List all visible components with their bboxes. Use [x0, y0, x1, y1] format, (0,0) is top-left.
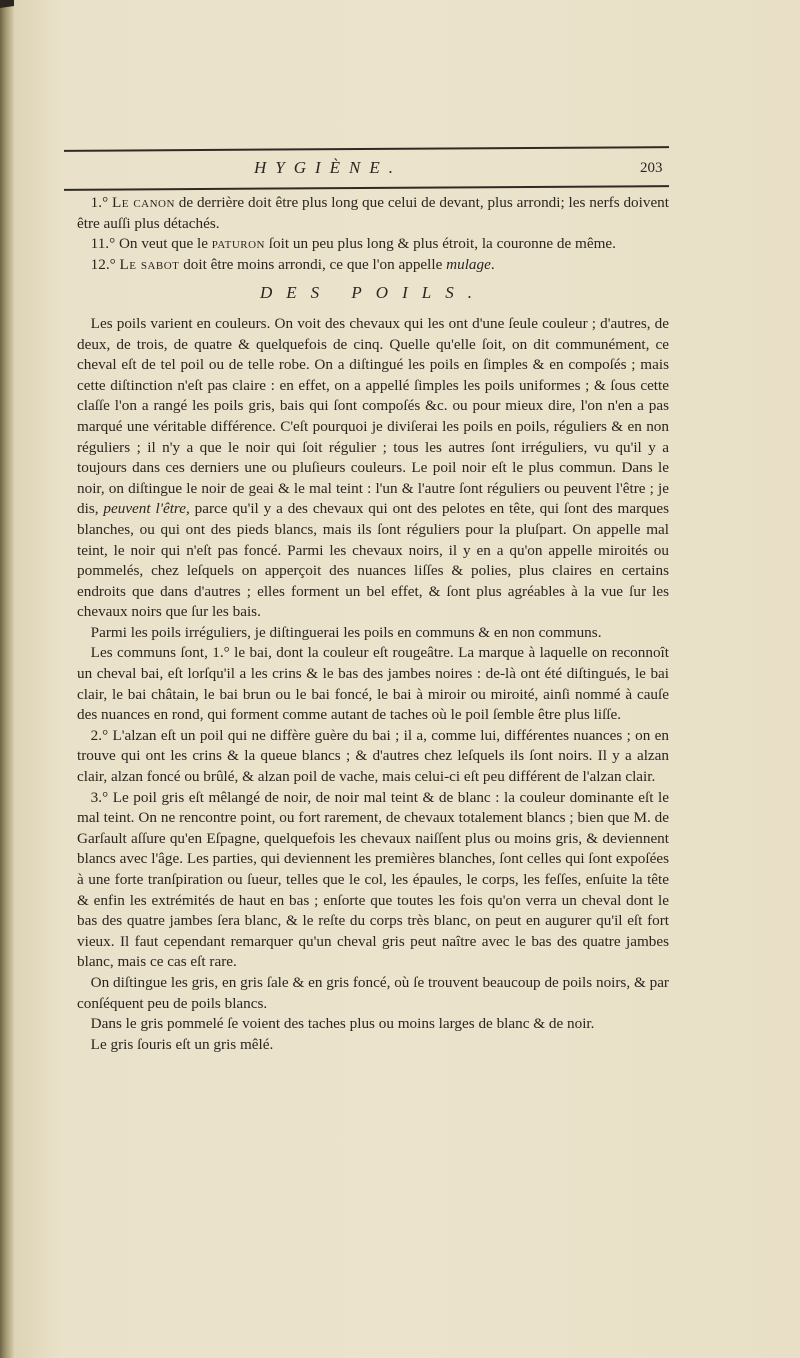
item-term: Le sabot — [120, 256, 180, 273]
page-number: 203 — [640, 160, 663, 177]
item-10: 1.° Le canon de derrière doit être plus … — [77, 193, 669, 234]
paragraph: Le gris ſouris eſt un gris mêlé. — [77, 1035, 669, 1056]
book-page: HYGIÈNE. 203 1.° Le canon de derrière do… — [14, 0, 800, 1358]
header-rule-top — [64, 146, 669, 152]
header-rule-bottom — [64, 185, 669, 191]
paragraph: Dans le gris pommelé ſe voient des tache… — [77, 1014, 669, 1035]
paragraph: Les communs ſont, 1.° le bai, dont la co… — [77, 643, 669, 725]
paragraph-italic: peuvent l'être — [103, 500, 186, 517]
item-number: 12.° — [91, 256, 116, 273]
paragraph: Parmi les poils irréguliers, je diſtingu… — [77, 623, 669, 644]
paragraph: 2.° L'alzan eſt un poil qui ne diffère g… — [77, 726, 669, 788]
item-tail: . — [491, 256, 495, 273]
item-italic-term: mulage — [446, 256, 491, 273]
paragraph-text: Les poils varient en couleurs. On voit d… — [77, 315, 669, 517]
item-term: paturon — [212, 235, 265, 252]
book-binding-edge — [0, 0, 14, 1358]
paragraph-text: , parce qu'il y a des chevaux qui ont de… — [77, 500, 669, 620]
section-title: DES POILS. — [77, 283, 669, 304]
item-11: 11.° On veut que le paturon ſoit un peu … — [77, 234, 669, 255]
running-title: HYGIÈNE. — [254, 158, 402, 178]
paragraph: Les poils varient en couleurs. On voit d… — [77, 314, 669, 623]
body-text: 1.° Le canon de derrière doit être plus … — [77, 193, 669, 1055]
item-number: 11.° — [91, 235, 116, 252]
item-12: 12.° Le sabot doit être moins arrondi, c… — [77, 255, 669, 276]
item-term: Le canon — [112, 194, 175, 211]
item-text: ſoit un peu plus long & plus étroit, la … — [265, 235, 616, 252]
item-text: doit être moins arrondi, ce que l'on app… — [179, 256, 446, 273]
paragraph: On diſtingue les gris, en gris ſale & en… — [77, 973, 669, 1014]
item-number: 1.° — [91, 194, 108, 211]
paragraph: 3.° Le poil gris eſt mêlangé de noir, de… — [77, 788, 669, 973]
item-lead: On veut que le — [119, 235, 212, 252]
